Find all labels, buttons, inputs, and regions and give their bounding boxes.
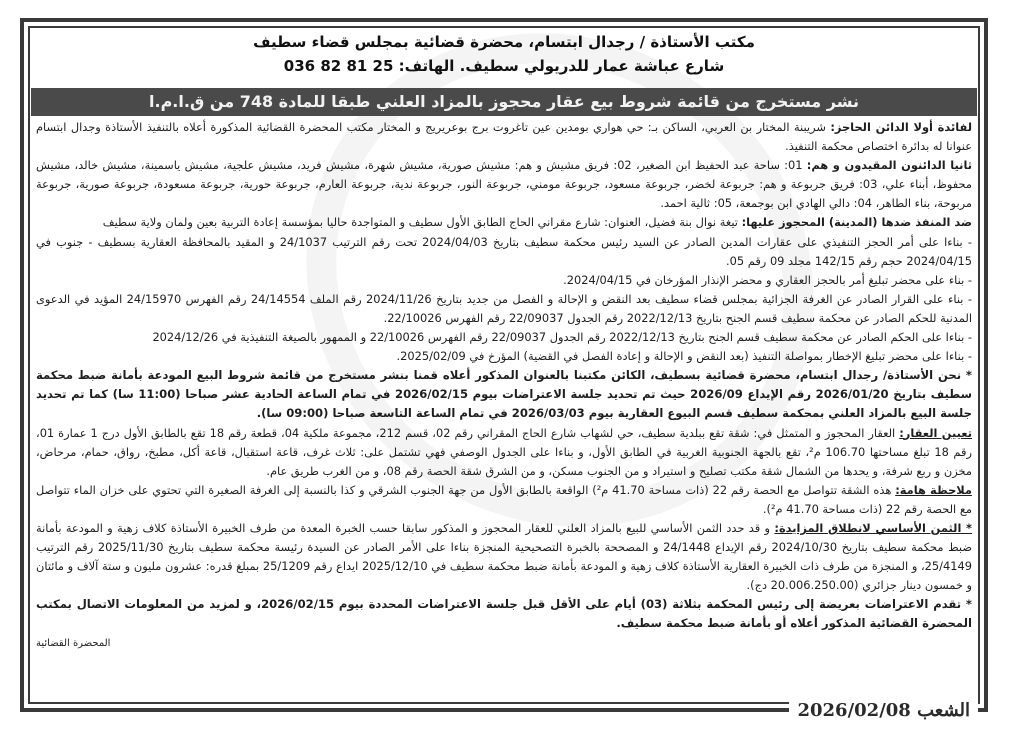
debtor-label: ضد المنفذ ضدها (المدينة) المحجوز عليها:: [742, 215, 972, 229]
notice-header: مكتب الأستاذة / رجدال ابتسام، محضرة قضائ…: [30, 30, 978, 86]
legal-basis-1: - بناءا على أمر الحجز التنفيذي على عقارا…: [36, 233, 972, 271]
debtor-text: تيغة نوال بنة فضيل، العنوان: شارع مقراني…: [103, 215, 738, 229]
debtor-paragraph: ضد المنفذ ضدها (المدينة) المحجوز عليها: …: [36, 213, 972, 232]
publication-date: 2026/02/08: [797, 700, 910, 721]
publication-footer: الشعب 2026/02/08: [789, 696, 978, 726]
legal-basis-5: - بناءا على محضر تبليغ الإخطار بمواصلة ا…: [36, 347, 972, 366]
notice-title-banner: نشر مستخرج من قائمة شروط بيع عقار محجوز …: [31, 88, 977, 116]
secured-creditors-label: ثانيا الدائنون المقيدون و هم:: [807, 158, 972, 172]
legal-basis-4: - بناءا على الحكم الصادر عن محكمة سطيف ق…: [36, 328, 972, 347]
price-label: * الثمن الأساسي لانطلاق المزايدة:: [774, 521, 972, 535]
notice-title: نشر مستخرج من قائمة شروط بيع عقار محجوز …: [149, 92, 859, 111]
property-paragraph: تعيين العقار: العقار المحجوز و المتمثل ف…: [36, 424, 972, 481]
announcement-paragraph: * نحن الأستاذة/ رجدال ابتسام، محضرة قضائ…: [36, 366, 972, 423]
legal-basis-3: - بناء على القرار الصادر عن الغرفة الجزا…: [36, 290, 972, 328]
office-line: مكتب الأستاذة / رجدال ابتسام، محضرة قضائ…: [30, 30, 978, 54]
signature: المحضرة القضائية: [36, 634, 972, 653]
note-text: هذه الشقة تتواصل مع الحصة رقم 22 (ذات مس…: [36, 483, 972, 516]
creditor-label: لفائدة أولا الدائن الحاجز:: [830, 120, 972, 134]
newspaper-name: الشعب: [917, 700, 970, 721]
secured-creditors-paragraph: ثانيا الدائنون المقيدون و هم: 01: ساحة ع…: [36, 156, 972, 213]
note-label: ملاحظة هامة:: [895, 483, 972, 497]
notice-body: لفائدة أولا الدائن الحاجز: شريبنة المختا…: [36, 118, 972, 653]
property-text: العقار المحجوز و المتمثل في: شقة تقع ببل…: [36, 426, 972, 478]
address-line: شارع عباشة عمار للدريولي سطيف. الهاتف: 2…: [30, 54, 978, 78]
property-label: تعيين العقار:: [899, 426, 972, 440]
price-paragraph: * الثمن الأساسي لانطلاق المزايدة: و قد ح…: [36, 519, 972, 595]
legal-basis-2: - بناء على محضر تبليغ أمر بالحجز العقاري…: [36, 271, 972, 290]
creditor-paragraph: لفائدة أولا الدائن الحاجز: شريبنة المختا…: [36, 118, 972, 156]
objection-paragraph: * تقدم الاعتراضات بعريضة إلى رئيس المحكم…: [36, 595, 972, 633]
note-paragraph: ملاحظة هامة: هذه الشقة تتواصل مع الحصة ر…: [36, 481, 972, 519]
